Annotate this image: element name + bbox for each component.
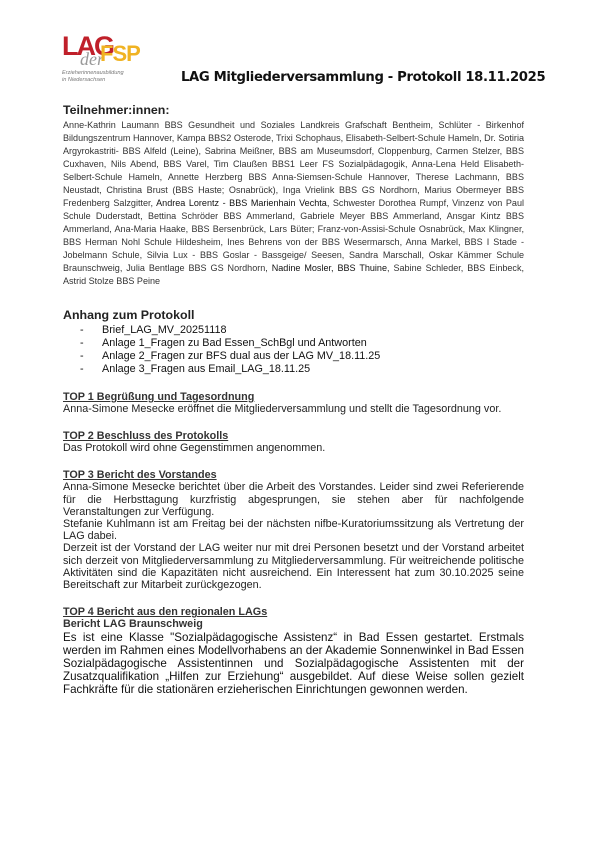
agenda-heading: TOP 2 Beschluss des Protokolls	[63, 430, 524, 442]
annex-list: Brief_LAG_MV_20251118 Anlage 1_Fragen zu…	[63, 324, 524, 376]
agenda-paragraph: Derzeit ist der Vorstand der LAG weiter …	[63, 542, 524, 591]
agenda-paragraph: Es ist eine Klasse "Sozialpädagogische A…	[63, 631, 524, 696]
participants-heading: Teilnehmer:innen:	[63, 103, 524, 118]
participants-text-1: Anne-Kathrin Laumann BBS Gesundheit und …	[63, 120, 524, 208]
agenda-item-top1: TOP 1 Begrüßung und Tagesordnung Anna-Si…	[63, 391, 524, 415]
agenda-paragraph: Stefanie Kuhlmann ist am Freitag bei der…	[63, 518, 524, 542]
logo-subtitle-line2: in Niedersachsen	[62, 77, 124, 84]
participants-list: Anne-Kathrin Laumann BBS Gesundheit und …	[63, 119, 524, 288]
document-title: LAG Mitgliederversammlung - Protokoll 18…	[181, 70, 545, 85]
agenda-subheading: Bericht LAG Braunschweig	[63, 618, 524, 631]
annex-heading: Anhang zum Protokoll	[63, 308, 524, 323]
document-body: Teilnehmer:innen: Anne-Kathrin Laumann B…	[63, 103, 524, 696]
participants-text-4: Nadine Mosler, BBS Thuine	[272, 263, 387, 273]
annex-item: Brief_LAG_MV_20251118	[63, 324, 524, 337]
annex-item: Anlage 3_Fragen aus Email_LAG_18.11.25	[63, 363, 524, 376]
logo-fsp-text: FSP	[100, 43, 140, 65]
annex-item: Anlage 1_Fragen zu Bad Essen_SchBgl und …	[63, 337, 524, 350]
agenda-paragraph: Das Protokoll wird ohne Gegenstimmen ang…	[63, 442, 524, 454]
agenda-heading: TOP 3 Bericht des Vorstandes	[63, 469, 524, 481]
agenda-heading: TOP 1 Begrüßung und Tagesordnung	[63, 391, 524, 403]
annex-section: Anhang zum Protokoll Brief_LAG_MV_202511…	[63, 308, 524, 376]
agenda-item-top4: TOP 4 Bericht aus den regionalen LAGs Be…	[63, 606, 524, 696]
annex-item: Anlage 2_Fragen zur BFS dual aus der LAG…	[63, 350, 524, 363]
agenda-paragraph: Anna-Simone Mesecke berichtet über die A…	[63, 481, 524, 518]
participants-text-2: Andrea Lorentz - BBS Marienhain Vechta	[156, 198, 327, 208]
agenda-item-top2: TOP 2 Beschluss des Protokolls Das Proto…	[63, 430, 524, 454]
participants-section: Teilnehmer:innen: Anne-Kathrin Laumann B…	[63, 103, 524, 288]
agenda-heading: TOP 4 Bericht aus den regionalen LAGs	[63, 606, 524, 618]
logo-subtitle-line1: Erzieherinnenausbildung	[62, 70, 124, 77]
agenda-paragraph: Anna-Simone Mesecke eröffnet die Mitglie…	[63, 403, 524, 415]
agenda-item-top3: TOP 3 Bericht des Vorstandes Anna-Simone…	[63, 469, 524, 591]
organization-logo: LAG der FSP Erzieherinnenausbildung in N…	[62, 32, 172, 94]
participants-text-3: , Schwester Dorothea Rumpf, Vinzenz von …	[63, 198, 524, 273]
logo-subtitle: Erzieherinnenausbildung in Niedersachsen	[62, 70, 124, 84]
